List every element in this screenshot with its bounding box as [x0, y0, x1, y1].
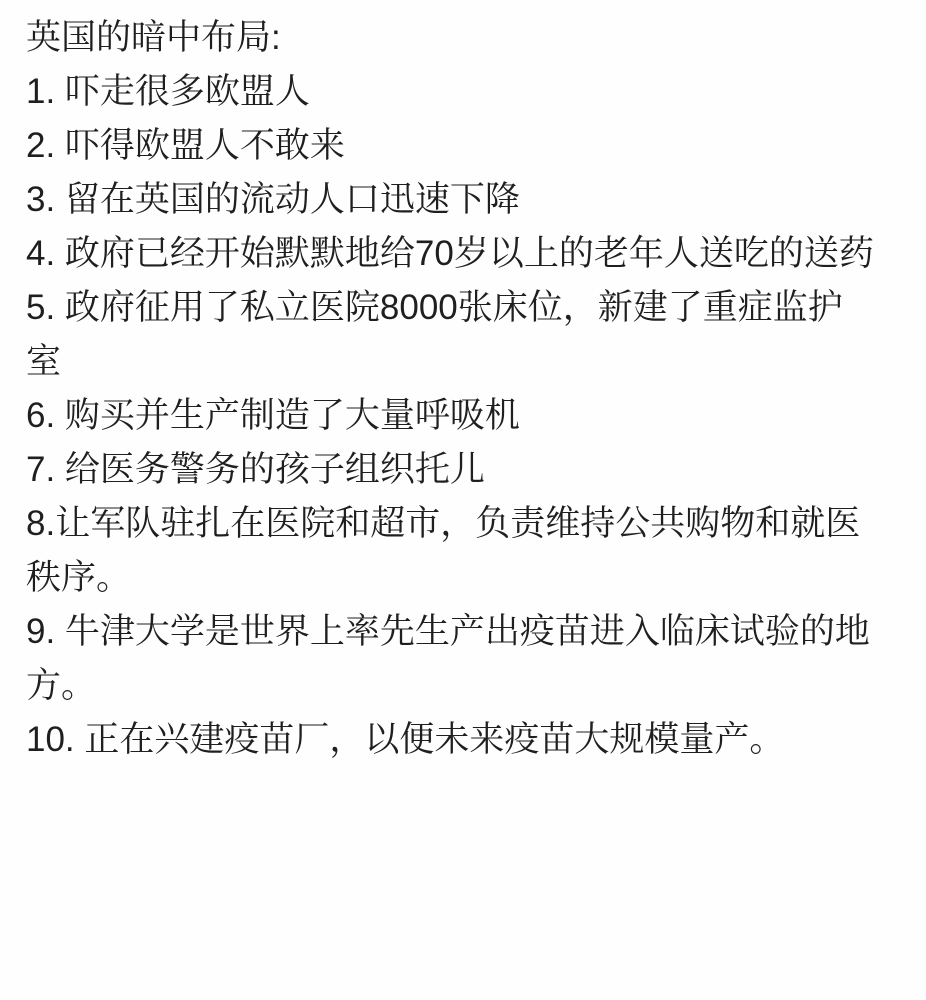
document-title: 英国的暗中布局:: [26, 11, 906, 65]
list-item-7: 7. 给医务警务的孩子组织托儿: [26, 443, 906, 497]
list-item-line: 8.让军队驻扎在医院和超市，负责维持公共购物和就医: [26, 497, 906, 551]
list-item-9: 9. 牛津大学是世界上率先生产出疫苗进入临床试验的地方。: [26, 605, 906, 713]
list-item-line: 6. 购买并生产制造了大量呼吸机: [26, 389, 906, 443]
list-item-4: 4. 政府已经开始默默地给70岁以上的老年人送吃的送药: [26, 227, 906, 281]
list-item-line: 4. 政府已经开始默默地给70岁以上的老年人送吃的送药: [26, 227, 906, 281]
list-item-8: 8.让军队驻扎在医院和超市，负责维持公共购物和就医秩序。: [26, 497, 906, 605]
list-item-line: 方。: [26, 659, 906, 713]
list-item-line: 1. 吓走很多欧盟人: [26, 65, 906, 119]
list-item-1: 1. 吓走很多欧盟人: [26, 65, 906, 119]
list-item-line: 3. 留在英国的流动人口迅速下降: [26, 173, 906, 227]
list-item-10: 10. 正在兴建疫苗厂，以便未来疫苗大规模量产。: [26, 713, 906, 767]
list-item-line: 9. 牛津大学是世界上率先生产出疫苗进入临床试验的地: [26, 605, 906, 659]
list-item-6: 6. 购买并生产制造了大量呼吸机: [26, 389, 906, 443]
list-item-line: 秩序。: [26, 551, 906, 605]
list-item-line: 室: [26, 335, 906, 389]
list-item-line: 5. 政府征用了私立医院8000张床位，新建了重症监护: [26, 281, 906, 335]
list-item-line: 10. 正在兴建疫苗厂，以便未来疫苗大规模量产。: [26, 713, 906, 767]
text-document: 英国的暗中布局: 1. 吓走很多欧盟人2. 吓得欧盟人不敢来3. 留在英国的流动…: [0, 0, 926, 1000]
list-item-line: 2. 吓得欧盟人不敢来: [26, 119, 906, 173]
list-item-5: 5. 政府征用了私立医院8000张床位，新建了重症监护室: [26, 281, 906, 389]
item-list: 1. 吓走很多欧盟人2. 吓得欧盟人不敢来3. 留在英国的流动人口迅速下降4. …: [26, 65, 906, 767]
list-item-line: 7. 给医务警务的孩子组织托儿: [26, 443, 906, 497]
list-item-3: 3. 留在英国的流动人口迅速下降: [26, 173, 906, 227]
list-item-2: 2. 吓得欧盟人不敢来: [26, 119, 906, 173]
